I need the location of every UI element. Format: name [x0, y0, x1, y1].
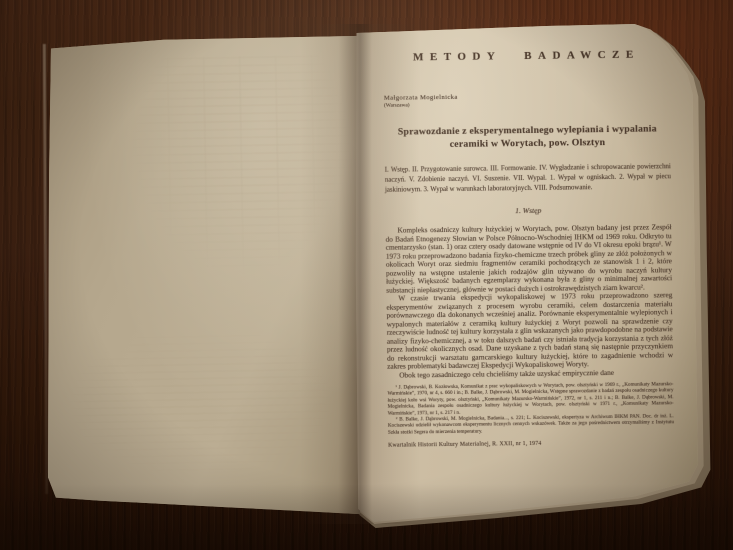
- footnote: ¹ J. Dąbrowski, B. Kozłowska, Komunikat …: [387, 381, 673, 417]
- journal-section-header: METODY BADAWCZE: [383, 48, 669, 64]
- contents-outline: I. Wstęp. II. Przygotowanie surowca. III…: [385, 162, 671, 195]
- article-content: METODY BADAWCZE Małgorzata Mogielnicka (…: [383, 22, 674, 450]
- showthrough-text-ghost: [54, 331, 349, 486]
- open-book: METODY BADAWCZE Małgorzata Mogielnicka (…: [0, 0, 733, 550]
- paragraph: W czasie trwania ekspedycji wykopaliskow…: [386, 291, 673, 371]
- footnotes: ¹ J. Dąbrowski, B. Kozłowska, Komunikat …: [387, 381, 674, 436]
- article-title: Sprawozdanie z eksperymentalnego wylepia…: [388, 122, 666, 151]
- section-heading: 1. Wstęp: [385, 204, 671, 216]
- showthrough-table-ghost: [131, 54, 353, 276]
- body-text: Kompleks osadniczy kultury łużyckiej w W…: [385, 223, 673, 379]
- paragraph: Obok tego zasadniczego celu chcieliśmy t…: [387, 368, 673, 380]
- photo-of-open-journal: METODY BADAWCZE Małgorzata Mogielnicka (…: [0, 0, 733, 550]
- paragraph: Kompleks osadniczy kultury łużyckiej w W…: [385, 223, 672, 294]
- footnote: ² B. Balke, J. Dąbrowski, M. Mogielnicka…: [388, 413, 674, 436]
- left-page-blank: [33, 34, 360, 516]
- right-page-article: METODY BADAWCZE Małgorzata Mogielnicka (…: [353, 24, 705, 524]
- journal-footer-line: Kwartalnik Historii Kultury Materialnej,…: [388, 439, 674, 449]
- author-block: Małgorzata Mogielnicka (Warszawa): [384, 91, 670, 109]
